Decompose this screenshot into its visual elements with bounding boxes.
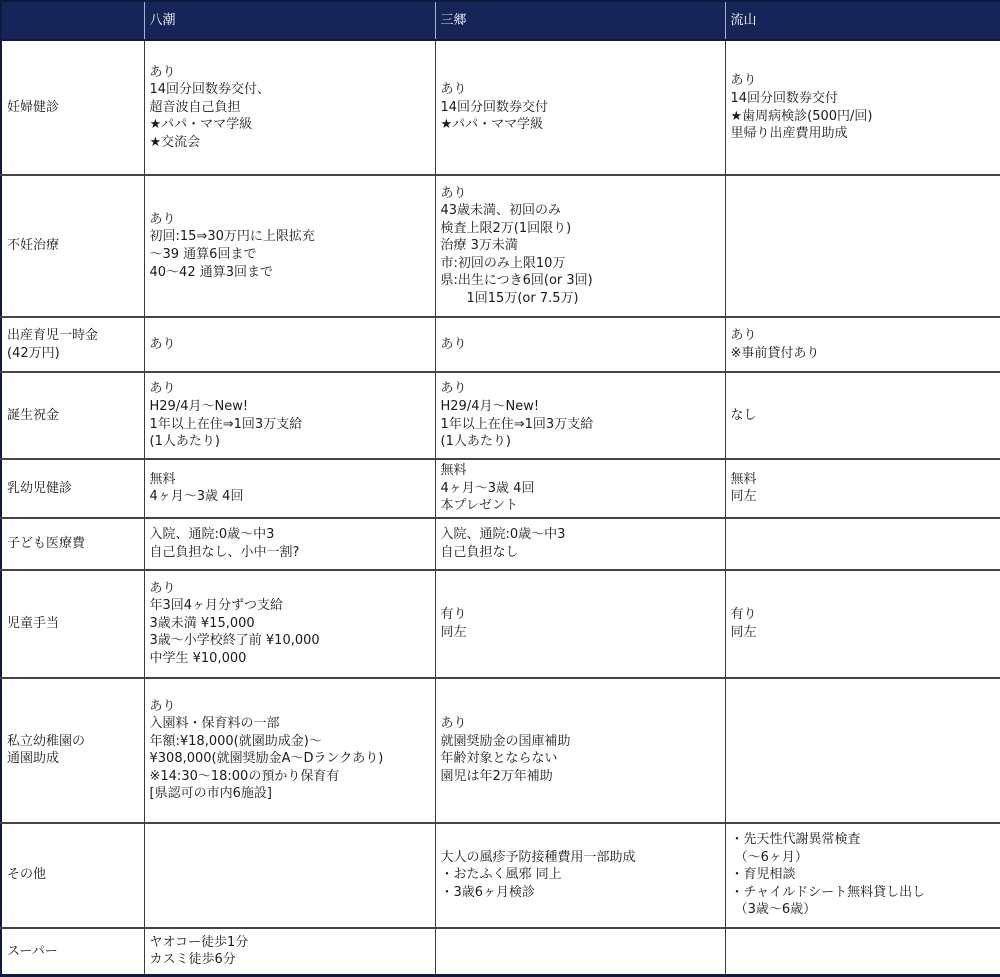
cell-yashio: ヤオコー徒歩1分 カスミ徒歩6分 [144, 928, 435, 976]
row-label: 妊婦健診 [1, 40, 144, 175]
cell-misato: 入院、通院:0歳～中3 自己負担なし [435, 518, 725, 570]
header-row: 八潮 三郷 流山 [1, 1, 1000, 40]
cell-yashio: あり 14回分回数券交付、 超音波自己負担 ★パパ・ママ学級 ★交流会 [144, 40, 435, 175]
cell-yashio: あり H29/4月～New! 1年以上在住⇒1回3万支給 (1人あたり) [144, 372, 435, 459]
cell-misato: あり 14回分回数券交付 ★パパ・ママ学級 [435, 40, 725, 175]
table-row-fertility-treatment: 不妊治療 あり 初回:15⇒30万円に上限拡充 ～39 通算6回まで 40～42… [1, 175, 1000, 317]
cell-nagareyama: なし [725, 372, 1000, 459]
cell-nagareyama [725, 928, 1000, 976]
cell-yashio: 無料 4ヶ月～3歳 4回 [144, 459, 435, 518]
cell-misato: あり 就園奨励金の国庫補助 年齢対象とならない 園児は年2万年補助 [435, 678, 725, 823]
cell-misato [435, 928, 725, 976]
cell-yashio [144, 823, 435, 928]
cell-nagareyama [725, 518, 1000, 570]
cell-misato: あり 43歳未満、初回のみ 検査上限2万(1回限り) 治療 3万未満 市:初回の… [435, 175, 725, 317]
cell-misato: 大人の風疹予防接種費用一部助成 ・おたふく風邪 同上 ・3歳6ヶ月検診 [435, 823, 725, 928]
table-row-supermarket: スーパー ヤオコー徒歩1分 カスミ徒歩6分 [1, 928, 1000, 976]
row-label: スーパー [1, 928, 144, 976]
row-label: 児童手当 [1, 570, 144, 678]
cell-nagareyama: ・先天性代謝異常検査 （～6ヶ月） ・育児相談 ・チャイルドシート無料貸し出し … [725, 823, 1000, 928]
row-label: 子ども医療費 [1, 518, 144, 570]
table-row-child-allowance: 児童手当 あり 年3回4ヶ月分ずつ支給 3歳未満 ¥15,000 3歳～小学校終… [1, 570, 1000, 678]
row-label: 誕生祝金 [1, 372, 144, 459]
row-label: その他 [1, 823, 144, 928]
table-row-birth-celebration-money: 誕生祝金 あり H29/4月～New! 1年以上在住⇒1回3万支給 (1人あたり… [1, 372, 1000, 459]
cell-nagareyama: あり ※事前貸付あり [725, 317, 1000, 372]
table-row-other: その他 大人の風疹予防接種費用一部助成 ・おたふく風邪 同上 ・3歳6ヶ月検診 … [1, 823, 1000, 928]
cell-misato: あり [435, 317, 725, 372]
cell-yashio: あり 初回:15⇒30万円に上限拡充 ～39 通算6回まで 40～42 通算3回… [144, 175, 435, 317]
table-row-childbirth-lump-sum: 出産育児一時金 (42万円) あり あり あり ※事前貸付あり [1, 317, 1000, 372]
cell-yashio: 入院、通院:0歳～中3 自己負担なし、小中一割? [144, 518, 435, 570]
cell-nagareyama: 有り 同左 [725, 570, 1000, 678]
col-header-misato: 三郷 [435, 1, 725, 40]
cell-yashio: あり 入園料・保育料の一部 年額:¥18,000(就園助成金)～ ¥308,00… [144, 678, 435, 823]
benefits-comparison-table: 八潮 三郷 流山 妊婦健診 あり 14回分回数券交付、 超音波自己負担 ★パパ・… [0, 0, 1000, 977]
cell-misato: 有り 同左 [435, 570, 725, 678]
table-row-infant-checkup: 乳幼児健診 無料 4ヶ月～3歳 4回 無料 4ヶ月～3歳 4回 本プレゼント 無… [1, 459, 1000, 518]
cell-misato: あり H29/4月～New! 1年以上在住⇒1回3万支給 (1人あたり) [435, 372, 725, 459]
row-label: 乳幼児健診 [1, 459, 144, 518]
cell-yashio: あり 年3回4ヶ月分ずつ支給 3歳未満 ¥15,000 3歳～小学校終了前 ¥1… [144, 570, 435, 678]
cell-nagareyama: あり 14回分回数券交付 ★歯周病検診(500円/回) 里帰り出産費用助成 [725, 40, 1000, 175]
cell-nagareyama [725, 678, 1000, 823]
row-label: 不妊治療 [1, 175, 144, 317]
cell-misato: 無料 4ヶ月～3歳 4回 本プレゼント [435, 459, 725, 518]
col-header-nagareyama: 流山 [725, 1, 1000, 40]
col-header-blank [1, 1, 144, 40]
table-row-private-kindergarten-subsidy: 私立幼稚園の 通園助成 あり 入園料・保育料の一部 年額:¥18,000(就園助… [1, 678, 1000, 823]
cell-nagareyama [725, 175, 1000, 317]
row-label: 出産育児一時金 (42万円) [1, 317, 144, 372]
cell-nagareyama: 無料 同左 [725, 459, 1000, 518]
table-row-maternity-checkup: 妊婦健診 あり 14回分回数券交付、 超音波自己負担 ★パパ・ママ学級 ★交流会… [1, 40, 1000, 175]
cell-yashio: あり [144, 317, 435, 372]
table-row-child-medical-expenses: 子ども医療費 入院、通院:0歳～中3 自己負担なし、小中一割? 入院、通院:0歳… [1, 518, 1000, 570]
row-label: 私立幼稚園の 通園助成 [1, 678, 144, 823]
col-header-yashio: 八潮 [144, 1, 435, 40]
